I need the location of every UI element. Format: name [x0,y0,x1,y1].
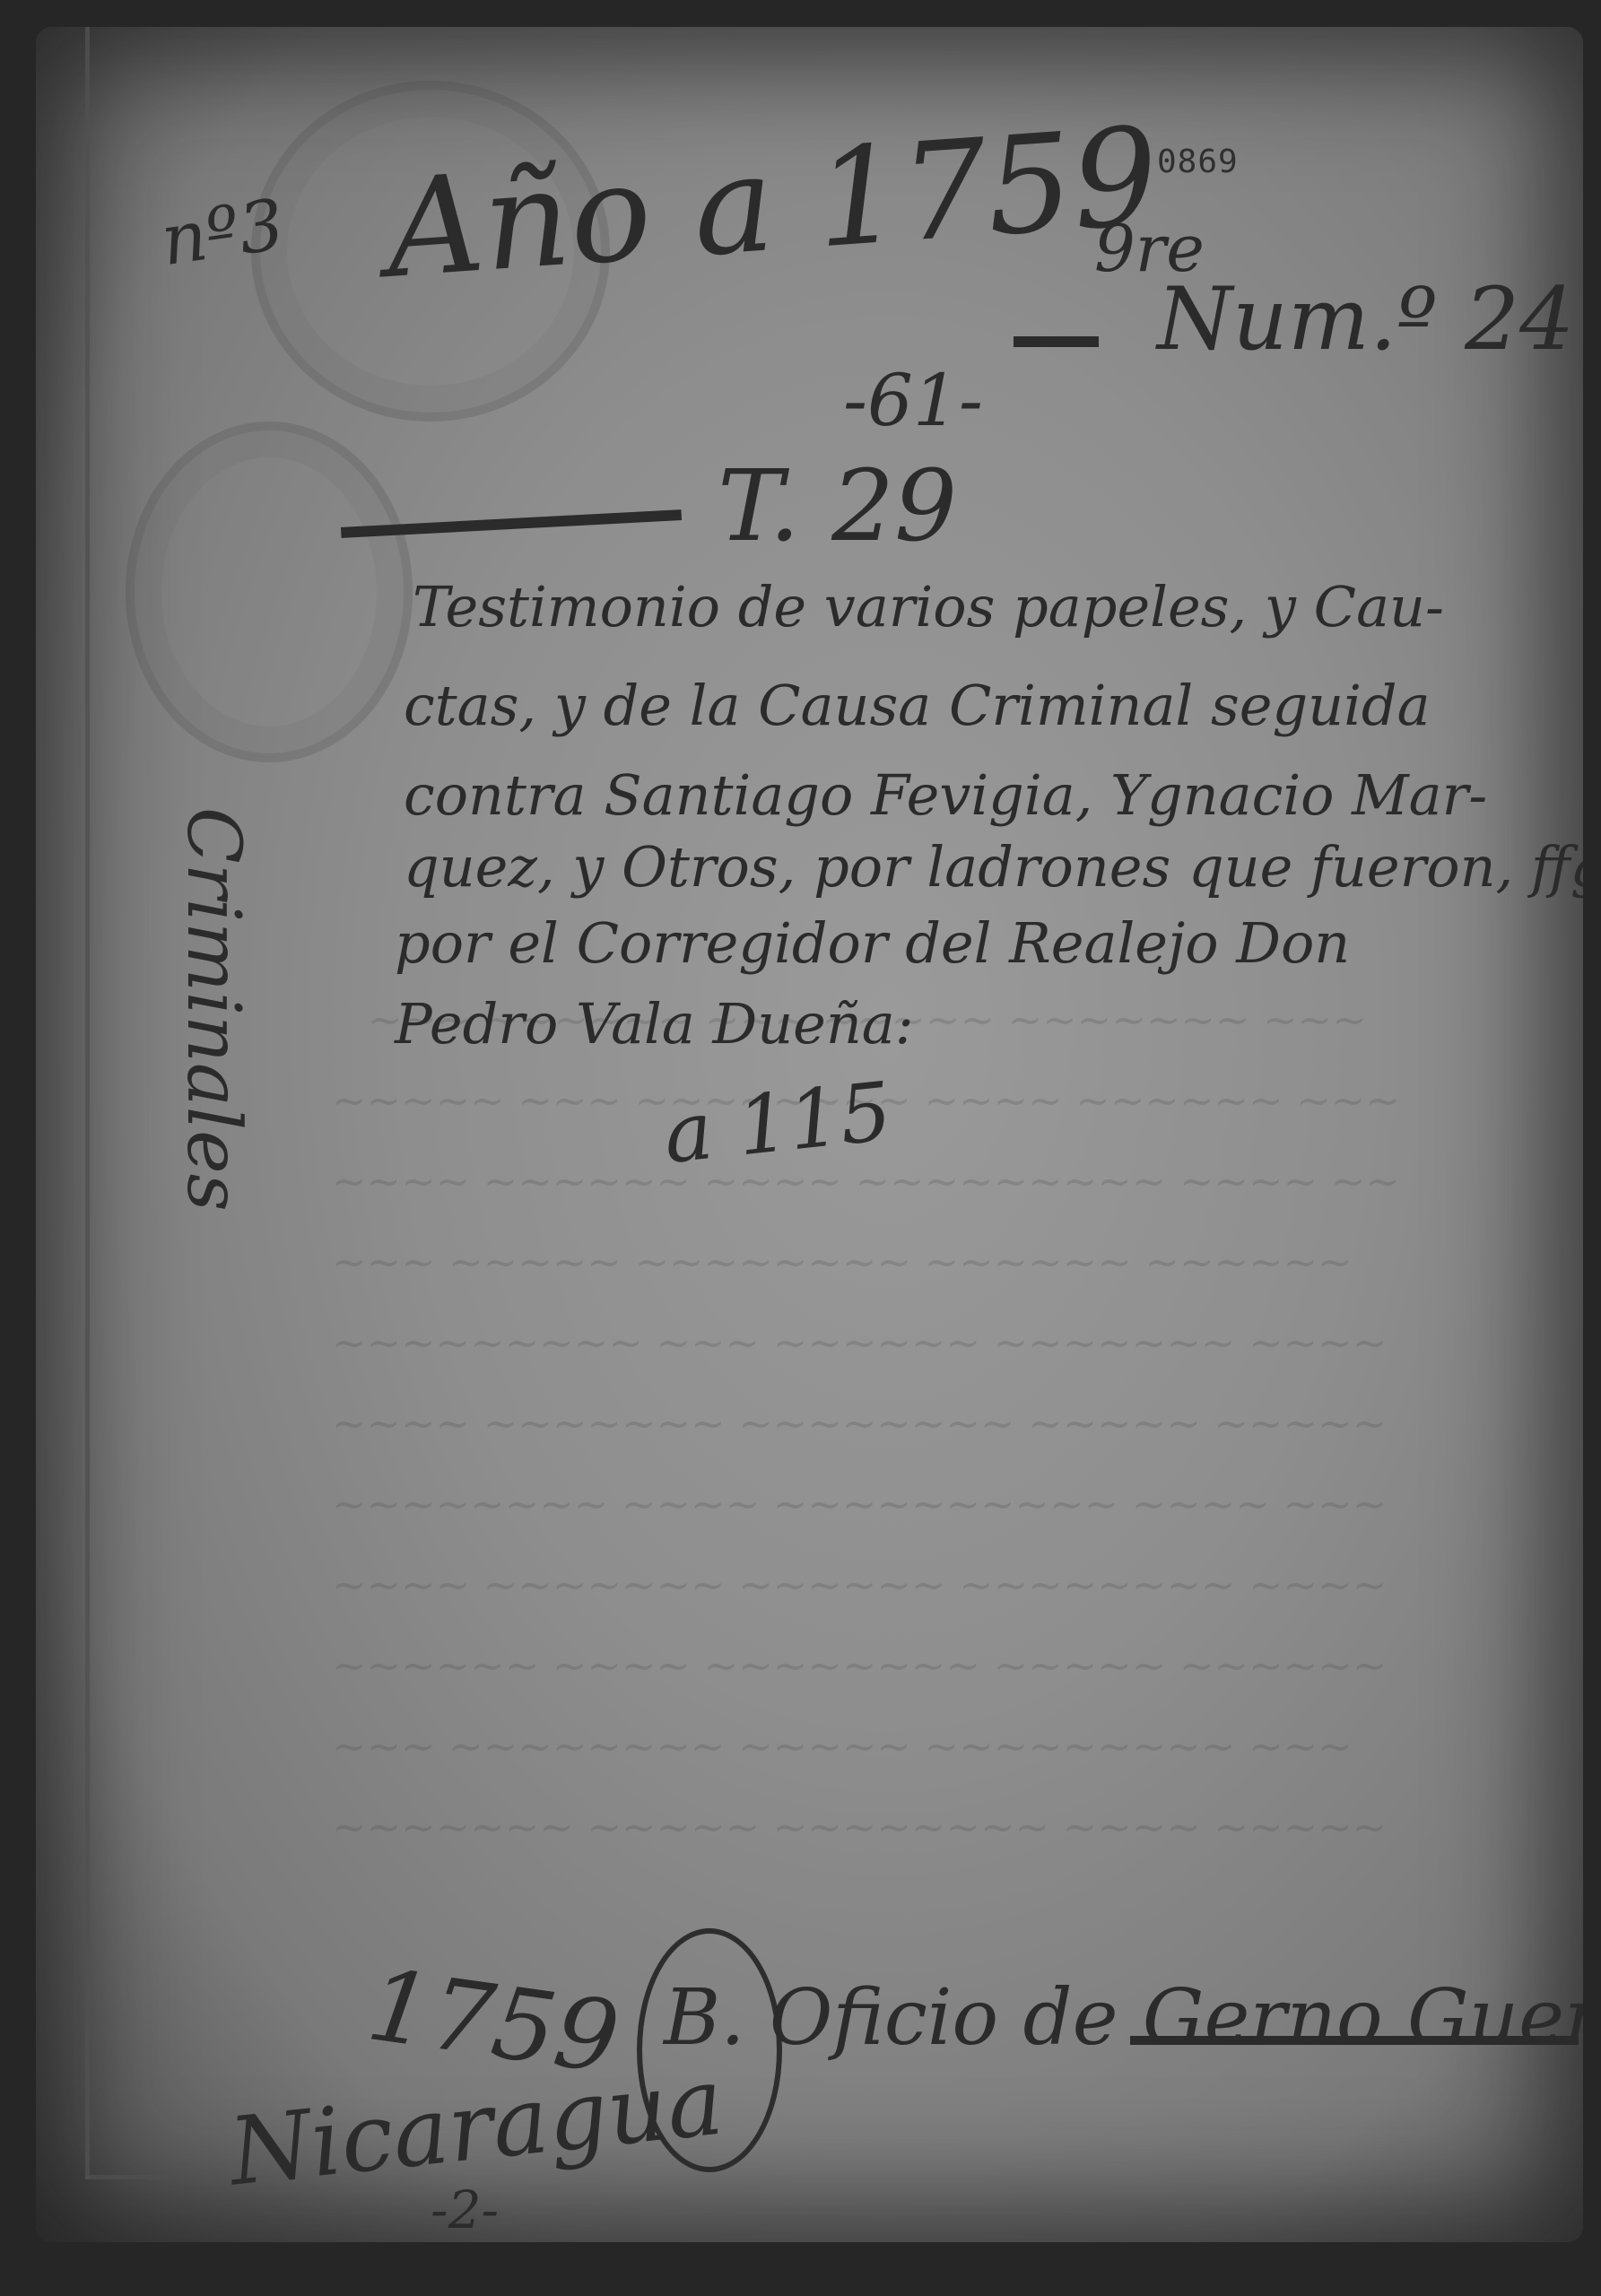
body-line-4: quez, y Otros, por ladrones que fueron, … [404,834,1583,900]
left-margin-rule [85,27,90,2179]
page-number: -2- [431,2179,499,2240]
body-line-2: ctas, y de la Causa Criminal seguida [404,673,1431,738]
folio-number: -61- [843,359,983,442]
bleed-through-line: ~~~~~~~ ~~~~~ ~~~~~~~~ ~~~~ ~~~~~ [332,1803,1387,1851]
record-number: Num.º 24 [1157,269,1574,370]
body-line-6: Pedro Vala Dueña: [395,991,914,1057]
title-mark: T. 29 [718,448,957,563]
bleed-through-line: ~~~ ~~~~~~~~ ~~~~~ ~~~~~~~~~ ~~~ [332,1722,1353,1770]
body-line-5: por el Corregidor del Realejo Don [395,910,1350,976]
manuscript-page: ~~~ ~~~~~~ ~~~ ~~~~~ ~~~~~~~ ~~~ ~~~~~ ~… [36,27,1583,2242]
margin-vertical-note: Criminales [170,807,256,1212]
bleed-through-line: ~~~~ ~~~~~~~ ~~~~~~ ~~~~~~~~ ~~~~ [332,1561,1387,1609]
bleed-through-line: ~~~~~~~~~ ~~~ ~~~~~~ ~~~~~~~ ~~~~ [332,1318,1387,1367]
embossed-seal-left [126,422,413,762]
margin-rule-corner [85,2175,175,2179]
body-line-3: contra Santiago Fevigia, Ygnacio Mar- [404,762,1487,828]
bleed-through-line: ~~~~ ~~~~~~ ~~~~ ~~~~~~~~~ ~~~~ ~~ [332,1157,1400,1205]
archive-stamp-number: 0869 [1157,143,1239,180]
bleed-through-line: ~~~~~~ ~~~~ ~~~~~~~~ ~~~~~ ~~~~~~ [332,1641,1387,1690]
scan-frame: ~~~ ~~~~~~ ~~~ ~~~~~ ~~~~~~~ ~~~ ~~~~~ ~… [0,0,1601,2296]
marginal-reference: nº3 [156,185,289,282]
office-signature: B. Oficio de Gerno Guerra [664,1973,1583,2063]
bleed-through-line: ~~~ ~~~~~ ~~~~~~~~ ~~~~~~ ~~~~~~ [332,1238,1353,1286]
bleed-through-line: ~~~~ ~~~~~~~ ~~~~~~~~ ~~~~~ ~~~~~ [332,1399,1387,1448]
body-line-1: Testimonio de varios papeles, y Cau- [413,574,1444,639]
signature-underline [1130,2036,1579,2045]
header-dash [1014,336,1099,347]
bleed-through-line: ~~~~~~~~ ~~~~ ~~~~~~~~~~ ~~~~ ~~~ [332,1480,1387,1528]
